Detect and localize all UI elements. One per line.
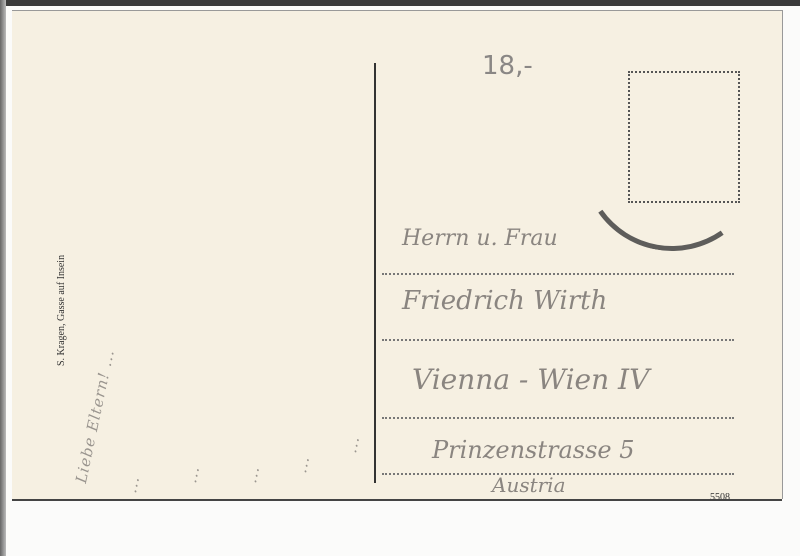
postcard-back: 18,- Herrn u. Frau Friedrich Wirth Vienn…: [12, 10, 782, 499]
pencil-price: 18,-: [482, 51, 533, 81]
message-line: ...: [342, 434, 363, 455]
scan-frame-left: [0, 0, 6, 556]
postmark: [568, 57, 777, 266]
message-line: ...: [242, 464, 263, 485]
address-salutation: Herrn u. Frau: [402, 226, 558, 251]
message-line: Liebe Eltern! ...: [72, 348, 118, 485]
address-country: Austria: [492, 473, 566, 497]
message-line: ...: [122, 474, 143, 495]
card-number: 5508: [710, 492, 730, 503]
address-name: Friedrich Wirth: [402, 286, 607, 316]
address-line-1: [382, 273, 734, 275]
publisher-imprint: S. Kragen, Gasse auf Insein: [56, 255, 67, 366]
message-line: ...: [182, 464, 203, 485]
address-city: Vienna - Wien IV: [412, 363, 649, 396]
address-line-2: [382, 339, 734, 341]
center-divider: [374, 63, 376, 483]
scan-frame-top: [0, 0, 800, 6]
address-street: Prinzenstrasse 5: [432, 436, 635, 464]
message-line: ...: [292, 454, 313, 475]
address-line-3: [382, 417, 734, 419]
